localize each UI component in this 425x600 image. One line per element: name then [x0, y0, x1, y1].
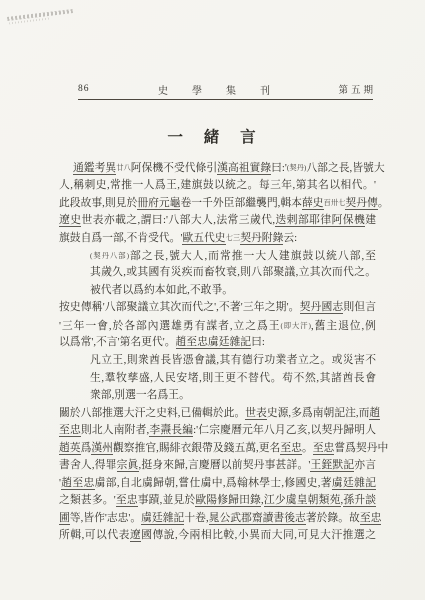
text-line: 關於八部推選大汗之史料,已備輯於此。世表史源,多爲南朝記注,而趙 — [59, 405, 376, 423]
text-segment: 以爲常',不言'第名更代'。 — [59, 336, 176, 348]
proper-noun-underlined: 薛史 — [302, 197, 324, 210]
block-quote: 凡立王,則衆酋長皆憑會議,其有德行功業者立之。或災害不生,羣牧孳盛,人民安堵,則… — [59, 352, 376, 405]
journal-title: 史學集刊 — [158, 82, 294, 97]
text-segment: ,舊主退位,例 — [311, 320, 376, 332]
proper-noun-underlined: 至忠 — [280, 442, 302, 455]
text-segment: 其歲久,或其國有災疾而畜牧衰,則八部聚議,立其次而代之。 — [90, 266, 376, 278]
text-segment: 凡立王,則衆酋長皆憑會議,其有德行功業者立之。或災害不 — [90, 354, 376, 366]
proper-noun-underlined: 趙英 — [59, 442, 81, 455]
inline-annotation: (即大汗) — [280, 321, 311, 330]
text-segment: '三年一會,於各部內選雄勇有謀者,立之爲王 — [59, 320, 280, 332]
text-line: 趙英爲漢州觀察推官,賜緋衣銀帶及錢五萬,更名至忠。至忠嘗爲契丹中 — [59, 440, 376, 458]
proper-noun-underlined: 遼史 — [59, 214, 81, 227]
issue-label: 第五期 — [338, 82, 376, 96]
proper-noun-underlined: 李燾長編 — [149, 424, 193, 437]
text-segment: 部之長,號大人,而常推一大人建旗鼓以統八部,至 — [129, 250, 376, 262]
proper-noun-underlined: 通鑑考異 — [73, 162, 116, 175]
text-segment: 曰: — [251, 336, 265, 348]
section-title: 一 緒 言 — [0, 125, 425, 147]
text-segment: 事蹟,並見於 — [138, 494, 196, 506]
text-segment: 等,皆作'志忠'。 — [70, 512, 141, 524]
text-line: '趙至忠虜部,自北虜歸朝,嘗仕虜中,爲翰林學士,修國史,著虜廷雜記 — [59, 475, 376, 493]
text-segment: 亦言 — [354, 459, 376, 471]
proper-noun-underlined: 至忠 — [360, 512, 382, 525]
proper-noun-underlined: 漢州 — [91, 442, 113, 455]
proper-noun-underlined: 世表 — [245, 407, 267, 420]
text-segment: 人,稱刺史,常推一人爲王,建旗鼓以統之。每三年,第其名以相代。' — [59, 179, 376, 191]
text-segment: 國傳說,今兩相比較,小異而大同,可見大汗推選之 — [141, 529, 376, 541]
text-line: 凡立王,則衆酋長皆憑會議,其有德行功業者立之。或災害不 — [59, 352, 376, 370]
text-segment: 。 — [378, 197, 389, 209]
text-segment: 虜部,自北虜歸朝,嘗仕虜中,爲翰林學士,修國史,著 — [95, 477, 332, 489]
text-segment: 史源,多爲南朝記注,而 — [267, 407, 370, 419]
inline-annotation: 百卅七 — [324, 198, 346, 207]
text-segment: 阿保機不受代條引 — [131, 162, 217, 174]
proper-noun-underlined: 至忠 — [313, 442, 335, 455]
proper-noun-underlined: 趙至忠虜廷雜記 — [176, 336, 252, 349]
proper-noun-underlined: 漢高祖實錄 — [217, 162, 271, 175]
proper-noun-underlined: 晁公武郡齋讀書後志 — [209, 512, 306, 525]
paragraph: 關於八部推選大汗之史料,已備輯於此。世表史源,多爲南朝記注,而趙至忠則北人南附者… — [59, 405, 376, 545]
proper-noun-underlined: 冊府元龜 — [137, 197, 180, 210]
text-segment: 所輯,可以代表 — [59, 529, 130, 541]
page-body-text: 通鑑考異廿八阿保機不受代條引漢高祖實錄曰:'(契丹)八部之長,皆號大人,稱刺史,… — [59, 159, 376, 545]
text-line: 其歲久,或其國有災疾而畜牧衰,則八部聚議,立其次而代之。 — [59, 264, 376, 282]
text-line: 被代者以爲約本如此,不敢爭。 — [59, 282, 376, 300]
proper-noun-underlined: 宗眞 — [117, 459, 139, 472]
proper-noun-underlined: 王銍默記 — [310, 459, 354, 472]
proper-noun-underlined: 歐陽修歸田錄 — [195, 494, 261, 507]
proper-noun-underlined: 至忠 — [116, 494, 138, 507]
text-segment: 旗鼓自爲一部,不肯受代。' — [59, 232, 182, 244]
text-segment: 則北人南附者, — [81, 424, 149, 436]
paragraph: 通鑑考異廿八阿保機不受代條引漢高祖實錄曰:'(契丹)八部之長,皆號大人,稱刺史,… — [59, 159, 376, 247]
proper-noun-underlined: 孫升談 — [343, 494, 376, 507]
inline-annotation: (契丹八部) — [90, 251, 129, 260]
text-segment: 建 — [365, 214, 376, 226]
text-line: (契丹八部)部之長,號大人,而常推一大人建旗鼓以統八部,至 — [59, 247, 376, 265]
text-line: 此段故事,則見於冊府元龜卷一千外臣部繼襲門,輯本薛史百卅七契丹傳。 — [59, 194, 376, 212]
page-number: 86 — [78, 84, 90, 94]
text-segment: 書舍人,得罪 — [59, 459, 117, 471]
text-segment: 卷一千外臣部繼襲門,輯本 — [180, 197, 301, 209]
text-line: 書舍人,得罪宗眞,挺身來歸,言慶曆以前契丹事甚詳。'王銍默記亦言 — [59, 457, 376, 475]
text-line: 以爲常',不言'第名更代'。趙至忠虜廷雜記曰: — [59, 334, 376, 352]
text-line: 圃等,皆作'志忠'。虜廷雜記十卷,晁公武郡齋讀書後志著於錄。故至忠 — [59, 510, 376, 528]
proper-noun-underlined: 至忠 — [59, 424, 81, 437]
inline-annotation: 七三 — [226, 233, 241, 242]
proper-noun-underlined: 趙 — [369, 407, 380, 420]
proper-noun-underlined: 遼 — [130, 529, 141, 542]
proper-noun-underlined: 契丹國志 — [300, 301, 344, 314]
text-segment: 生,羣牧孳盛,人民安堵,則王更不替代。苟不然,其諸酋長會 — [90, 372, 376, 384]
block-quote: (契丹八部)部之長,號大人,而常推一大人建旗鼓以統八部,至其歲久,或其國有災疾而… — [59, 247, 376, 300]
text-line: 之類甚多。'至忠事蹟,並見於歐陽修歸田錄,江少虞皇朝類苑,孫升談 — [59, 492, 376, 510]
text-segment: 八部之長,皆號大 — [306, 162, 384, 174]
text-segment: ,挺身來歸,言慶曆以前契丹事甚詳。' — [139, 459, 311, 471]
text-line: 衆部,別選一名爲王。 — [59, 387, 376, 405]
text-segment: 十卷, — [184, 512, 208, 524]
text-segment: 之類甚多。' — [59, 494, 116, 506]
text-segment: 衆部,別選一名爲王。 — [90, 389, 190, 401]
proper-noun-underlined: 虜廷雜記 — [332, 477, 376, 490]
text-segment: 按史傳稱'八部聚議立其次而代之',不著'三年之期'。 — [59, 301, 300, 313]
header-rule — [78, 99, 373, 100]
inline-annotation: (契丹) — [287, 163, 306, 172]
proper-noun-underlined: 契丹傳 — [345, 197, 377, 210]
text-line: 至忠則北人南附者,李燾長編:'仁宗慶曆元年八月乙亥,以契丹歸明人 — [59, 422, 376, 440]
text-segment: 爲 — [81, 442, 92, 454]
text-segment: 。 — [302, 442, 313, 454]
proper-noun-underlined: 契丹附錄 — [240, 232, 283, 245]
proper-noun-underlined: 趙至忠 — [61, 477, 95, 490]
proper-noun-underlined: 江少虞皇朝類苑 — [264, 494, 341, 507]
inline-annotation: 廿八 — [116, 163, 131, 172]
text-line: 通鑑考異廿八阿保機不受代條引漢高祖實錄曰:'(契丹)八部之長,皆號大 — [59, 159, 376, 177]
text-segment: 被代者以爲約本如此,不敢爭。 — [90, 284, 233, 296]
text-line: 人,稱刺史,常推一人爲王,建旗鼓以統之。每三年,第其名以相代。' — [59, 177, 376, 195]
proper-noun-underlined: 歐五代史 — [182, 232, 225, 245]
text-segment: 此段故事,則見於 — [59, 197, 137, 209]
text-segment: 云: — [283, 232, 297, 244]
text-segment: 嘗爲契丹中 — [334, 442, 388, 454]
text-segment: 著於錄。故 — [306, 512, 360, 524]
text-line: 按史傳稱'八部聚議立其次而代之',不著'三年之期'。契丹國志則但言 — [59, 299, 376, 317]
proper-noun-underlined: 圃 — [59, 512, 70, 525]
text-segment: 則但言 — [343, 301, 376, 313]
text-segment: 世表亦載之,謂曰:'八部大人,法常三歲代, — [81, 214, 275, 226]
proper-noun-underlined: 迭剌部耶律阿保機 — [275, 214, 365, 227]
text-line: 旗鼓自爲一部,不肯受代。'歐五代史七三契丹附錄云: — [59, 229, 376, 247]
text-line: 所輯,可以代表遼國傳說,今兩相比較,小異而大同,可見大汗推選之 — [59, 527, 376, 545]
text-line: 遼史世表亦載之,謂曰:'八部大人,法常三歲代,迭剌部耶律阿保機建 — [59, 212, 376, 230]
text-segment: 觀察推官,賜緋衣銀帶及錢五萬,更名 — [113, 442, 280, 454]
running-head: 86 史學集刊 第五期 — [78, 82, 373, 96]
text-line: 生,羣牧孳盛,人民安堵,則王更不替代。苟不然,其諸酋長會 — [59, 370, 376, 388]
text-line: '三年一會,於各部內選雄勇有謀者,立之爲王(即大汗),舊主退位,例 — [59, 317, 376, 335]
text-segment: :'仁宗慶曆元年八月乙亥,以契丹歸明人 — [193, 424, 376, 436]
paragraph: 按史傳稱'八部聚議立其次而代之',不著'三年之期'。契丹國志則但言'三年一會,於… — [59, 299, 376, 352]
text-segment: 曰:' — [271, 162, 287, 174]
proper-noun-underlined: 虜廷雜記 — [141, 512, 184, 525]
text-segment: 關於八部推選大汗之史料,已備輯於此。 — [59, 407, 245, 419]
scanned-page: 86 史學集刊 第五期 一 緒 言 通鑑考異廿八阿保機不受代條引漢高祖實錄曰:'… — [0, 0, 425, 600]
